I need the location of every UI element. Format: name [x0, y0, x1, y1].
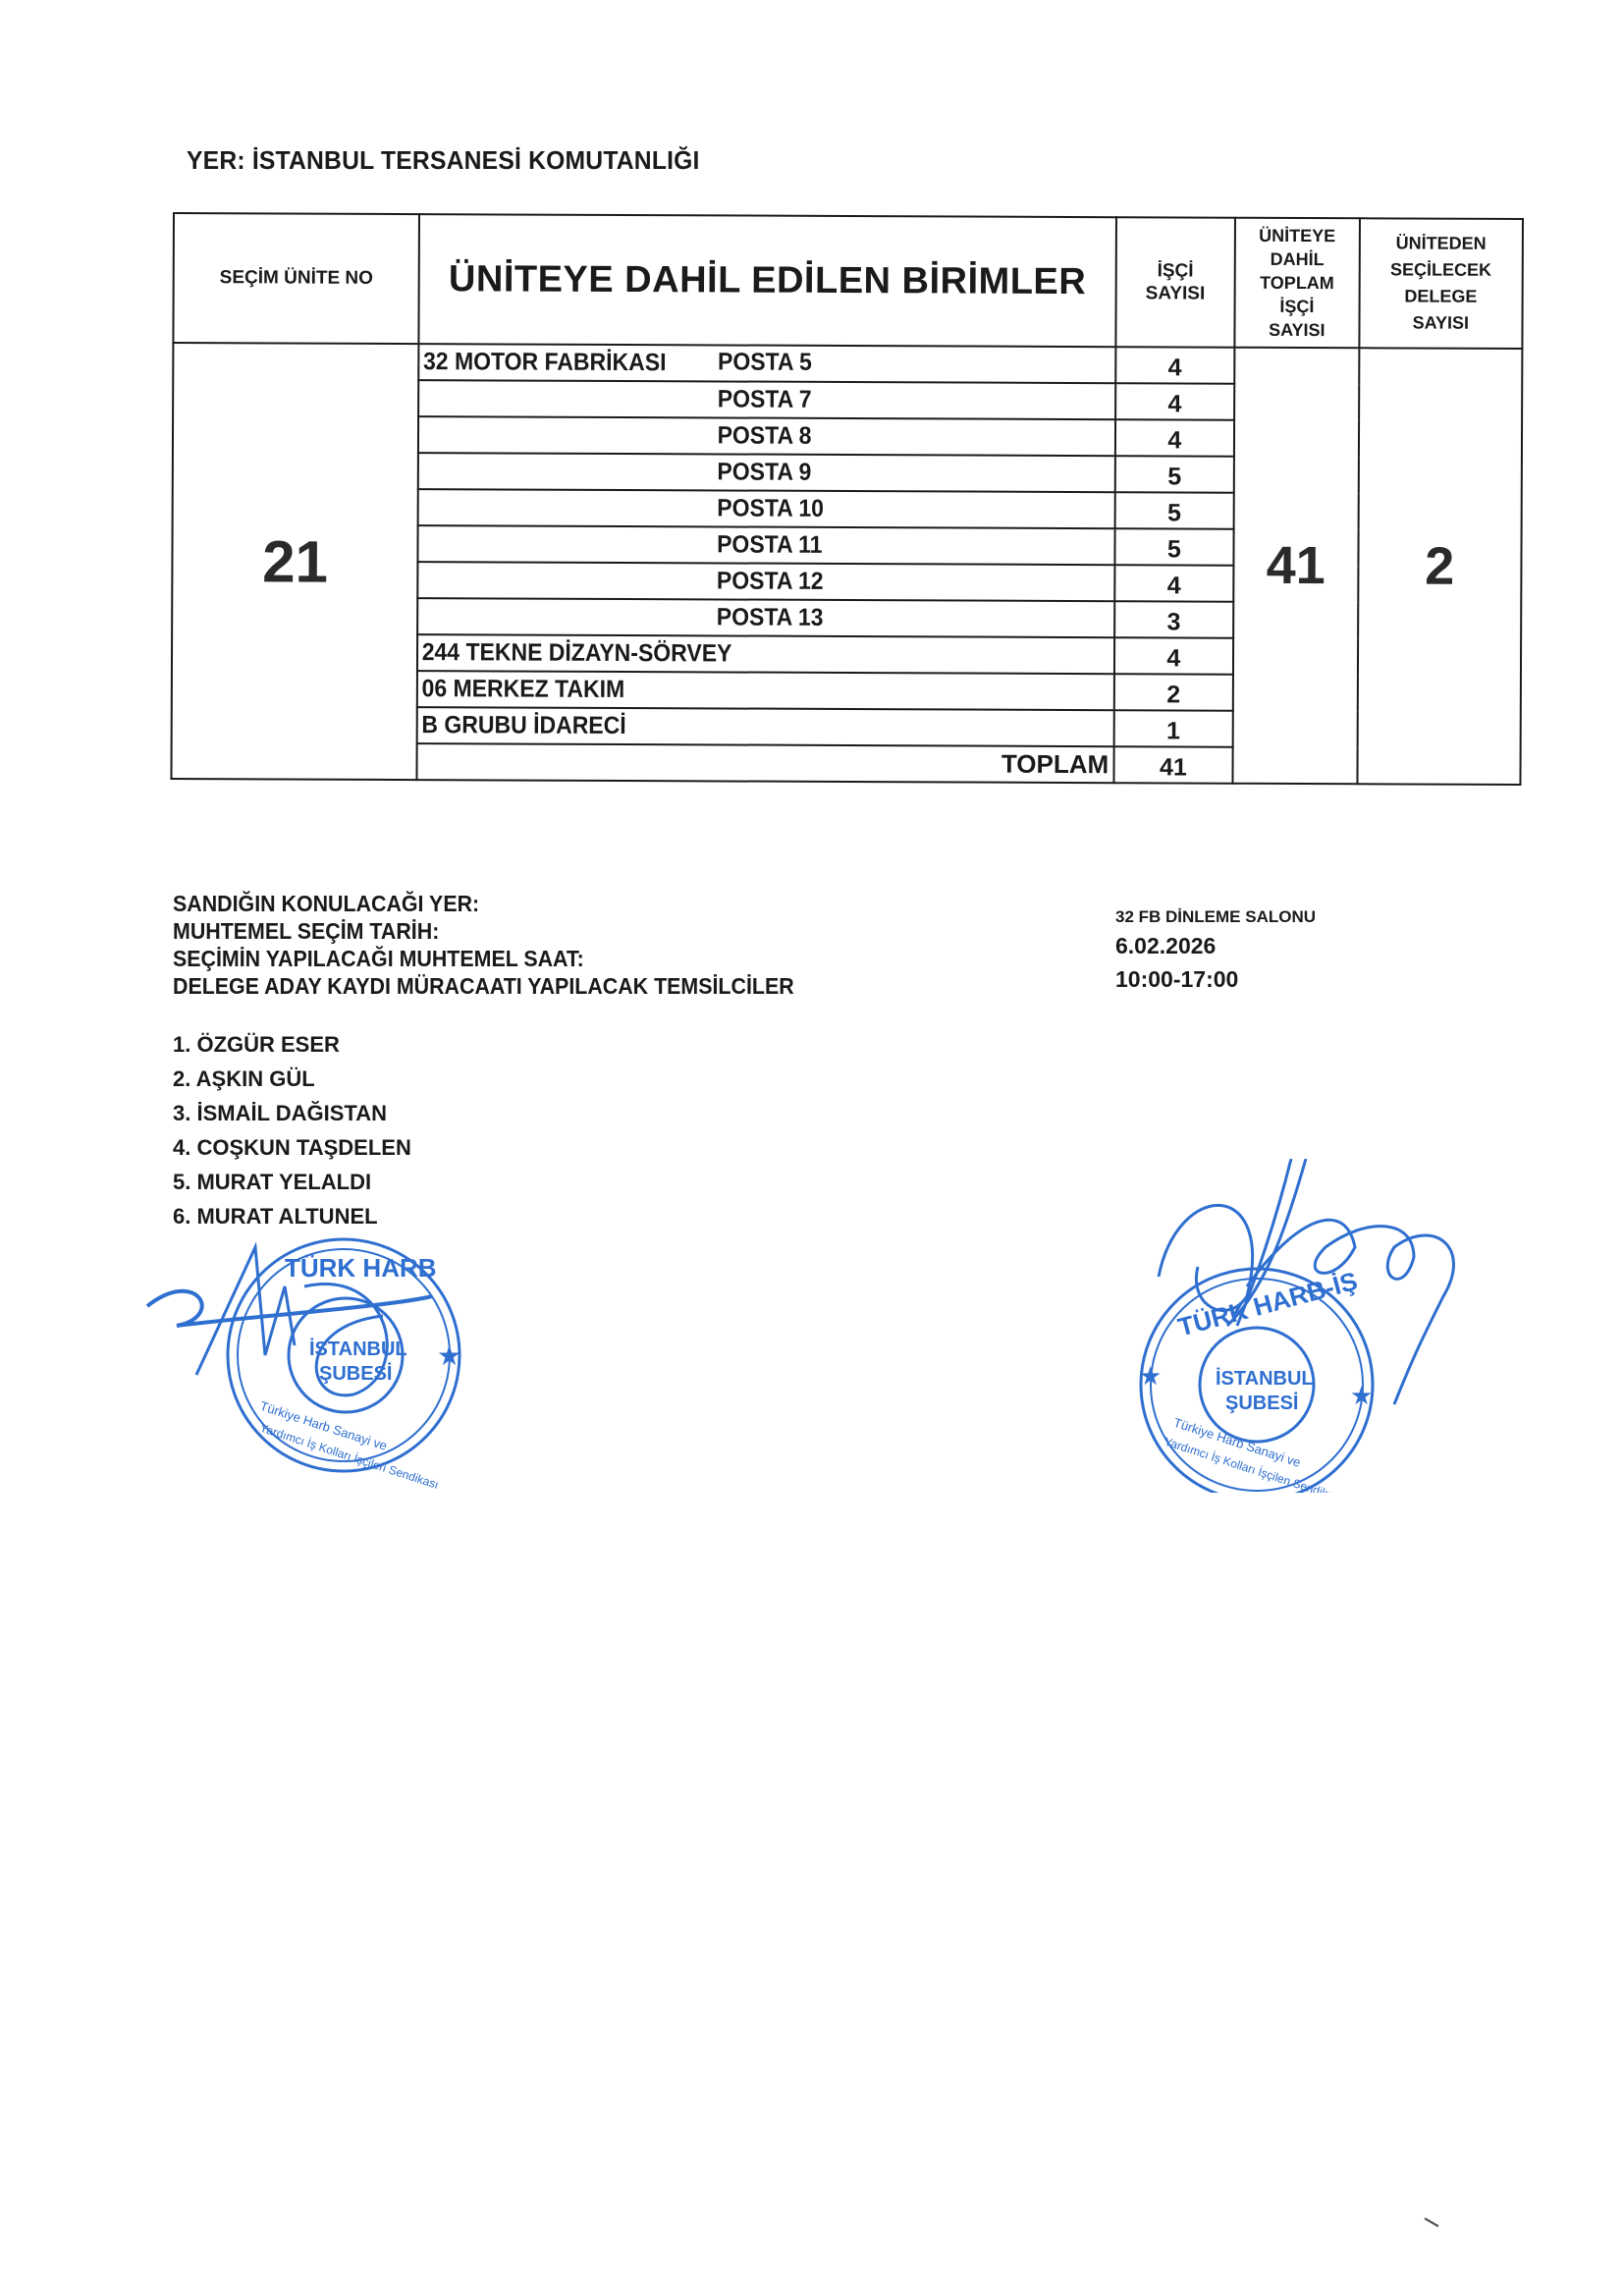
- svg-text:★: ★: [1139, 1362, 1162, 1392]
- worker-count: 1: [1113, 710, 1233, 747]
- total-label: TOPLAM: [417, 743, 1114, 783]
- representative-item: 5. MURAT YELALDI: [173, 1165, 411, 1199]
- unit-name-cell: 06 MERKEZ TAKIM: [417, 671, 1114, 710]
- unit-name-cell: POSTA 13: [417, 598, 1114, 637]
- worker-count: 4: [1115, 383, 1235, 420]
- delegate-count: 2: [1357, 348, 1522, 785]
- scan-mark: [1425, 2217, 1439, 2227]
- unit-name-cell: POSTA 11: [418, 525, 1115, 565]
- unit-number: 21: [171, 343, 418, 780]
- total-workers: 41: [1233, 348, 1359, 785]
- table-row: 2132 MOTOR FABRİKASIPOSTA 54412: [173, 343, 1522, 385]
- unit-name-cell: POSTA 12: [417, 562, 1114, 601]
- svg-text:ŞUBESİ: ŞUBESİ: [1225, 1392, 1298, 1414]
- representative-item: 1. ÖZGÜR ESER: [173, 1027, 411, 1062]
- unit-name-cell: POSTA 10: [418, 489, 1115, 528]
- worker-count: 4: [1115, 347, 1235, 384]
- unit-subname: POSTA 5: [714, 348, 812, 376]
- worker-count: 3: [1114, 601, 1234, 638]
- header-delegate-count: ÜNİTEDEN SEÇİLECEK DELEGE SAYISI: [1359, 218, 1523, 349]
- unit-name-cell: 244 TEKNE DİZAYN-SÖRVEY: [417, 634, 1114, 674]
- representative-item: 2. AŞKIN GÜL: [173, 1062, 411, 1096]
- worker-count: 2: [1113, 674, 1233, 711]
- header-worker-count: İŞÇİ SAYISI: [1115, 217, 1235, 348]
- table-header-row: SEÇİM ÜNİTE NO ÜNİTEYE DAHİL EDİLEN BİRİ…: [173, 213, 1523, 349]
- representatives-label: DELEGE ADAY KAYDI MÜRACAATI YAPILACAK TE…: [173, 972, 794, 1000]
- svg-text:TÜRK HARB: TÜRK HARB: [285, 1253, 437, 1283]
- unit-name: 32 MOTOR FABRİKASI: [419, 348, 666, 377]
- union-stamp-right-icon: TÜRK HARB-İŞ İSTANBUL ŞUBESİ ★ ★ Türkiye…: [1119, 1159, 1492, 1493]
- representative-item: 3. İSMAİL DAĞISTAN: [173, 1096, 411, 1130]
- election-date-value: 6.02.2026: [1115, 929, 1316, 962]
- worker-count: 5: [1114, 456, 1234, 493]
- worker-count: 5: [1114, 528, 1234, 566]
- unit-name-cell: 32 MOTOR FABRİKASIPOSTA 5: [418, 344, 1115, 383]
- election-info-values: 32 FB DİNLEME SALONU 6.02.2026 10:00-17:…: [1115, 905, 1316, 996]
- unit-name: B GRUBU İDARECİ: [418, 711, 626, 740]
- unit-name: POSTA 8: [419, 420, 812, 451]
- unit-name: 06 MERKEZ TAKIM: [418, 675, 624, 704]
- header-units: ÜNİTEYE DAHİL EDİLEN BİRİMLER: [419, 214, 1116, 347]
- svg-text:TÜRK HARB-İŞ: TÜRK HARB-İŞ: [1175, 1266, 1361, 1342]
- worker-count: 4: [1114, 565, 1234, 602]
- worker-count: 4: [1114, 637, 1234, 675]
- location-title: YER: İSTANBUL TERSANESİ KOMUTANLIĞI: [187, 145, 700, 176]
- election-date-label: MUHTEMEL SEÇİM TARİH:: [173, 917, 794, 945]
- election-info-labels: SANDIĞIN KONULACAĞI YER: MUHTEMEL SEÇİM …: [173, 890, 840, 1000]
- table-body: 2132 MOTOR FABRİKASIPOSTA 54412POSTA 74P…: [171, 343, 1522, 785]
- unit-name: 244 TEKNE DİZAYN-SÖRVEY: [418, 638, 732, 668]
- unit-name: POSTA 7: [419, 384, 812, 414]
- election-time-value: 10:00-17:00: [1115, 962, 1316, 996]
- unit-name-cell: POSTA 8: [418, 416, 1115, 456]
- svg-text:İSTANBUL: İSTANBUL: [309, 1338, 407, 1360]
- svg-text:İSTANBUL: İSTANBUL: [1216, 1367, 1314, 1390]
- representative-item: 4. COŞKUN TAŞDELEN: [173, 1130, 411, 1165]
- svg-text:★: ★: [437, 1339, 461, 1372]
- ballot-location-label: SANDIĞIN KONULACAĞI YER:: [173, 890, 794, 917]
- header-unit-no: SEÇİM ÜNİTE NO: [173, 213, 419, 344]
- unit-name: POSTA 11: [419, 529, 823, 560]
- header-total-workers: ÜNİTEYE DAHİL TOPLAM İŞÇİ SAYISI: [1234, 218, 1359, 349]
- worker-count: 5: [1114, 492, 1234, 529]
- election-time-label: SEÇİMİN YAPILACAĞI MUHTEMEL SAAT:: [173, 945, 794, 972]
- union-stamp-left-icon: TÜRK HARB İSTANBUL ŞUBESİ ★ Türkiye Harb…: [137, 1208, 491, 1503]
- svg-text:★: ★: [1350, 1382, 1373, 1411]
- unit-name-cell: POSTA 7: [418, 380, 1115, 419]
- unit-name: POSTA 9: [419, 457, 812, 487]
- svg-text:ŞUBESİ: ŞUBESİ: [319, 1362, 392, 1385]
- unit-name: POSTA 13: [418, 602, 823, 632]
- unit-name-cell: B GRUBU İDARECİ: [417, 707, 1114, 746]
- total-value: 41: [1113, 746, 1233, 784]
- unit-name-cell: POSTA 9: [418, 453, 1115, 492]
- representatives-list: 1. ÖZGÜR ESER2. AŞKIN GÜL3. İSMAİL DAĞIS…: [173, 1027, 411, 1233]
- ballot-location-value: 32 FB DİNLEME SALONU: [1115, 905, 1316, 929]
- worker-count: 4: [1115, 419, 1235, 457]
- election-unit-table: SEÇİM ÜNİTE NO ÜNİTEYE DAHİL EDİLEN BİRİ…: [170, 212, 1524, 786]
- unit-name: POSTA 10: [419, 493, 824, 523]
- unit-name: POSTA 12: [419, 566, 824, 596]
